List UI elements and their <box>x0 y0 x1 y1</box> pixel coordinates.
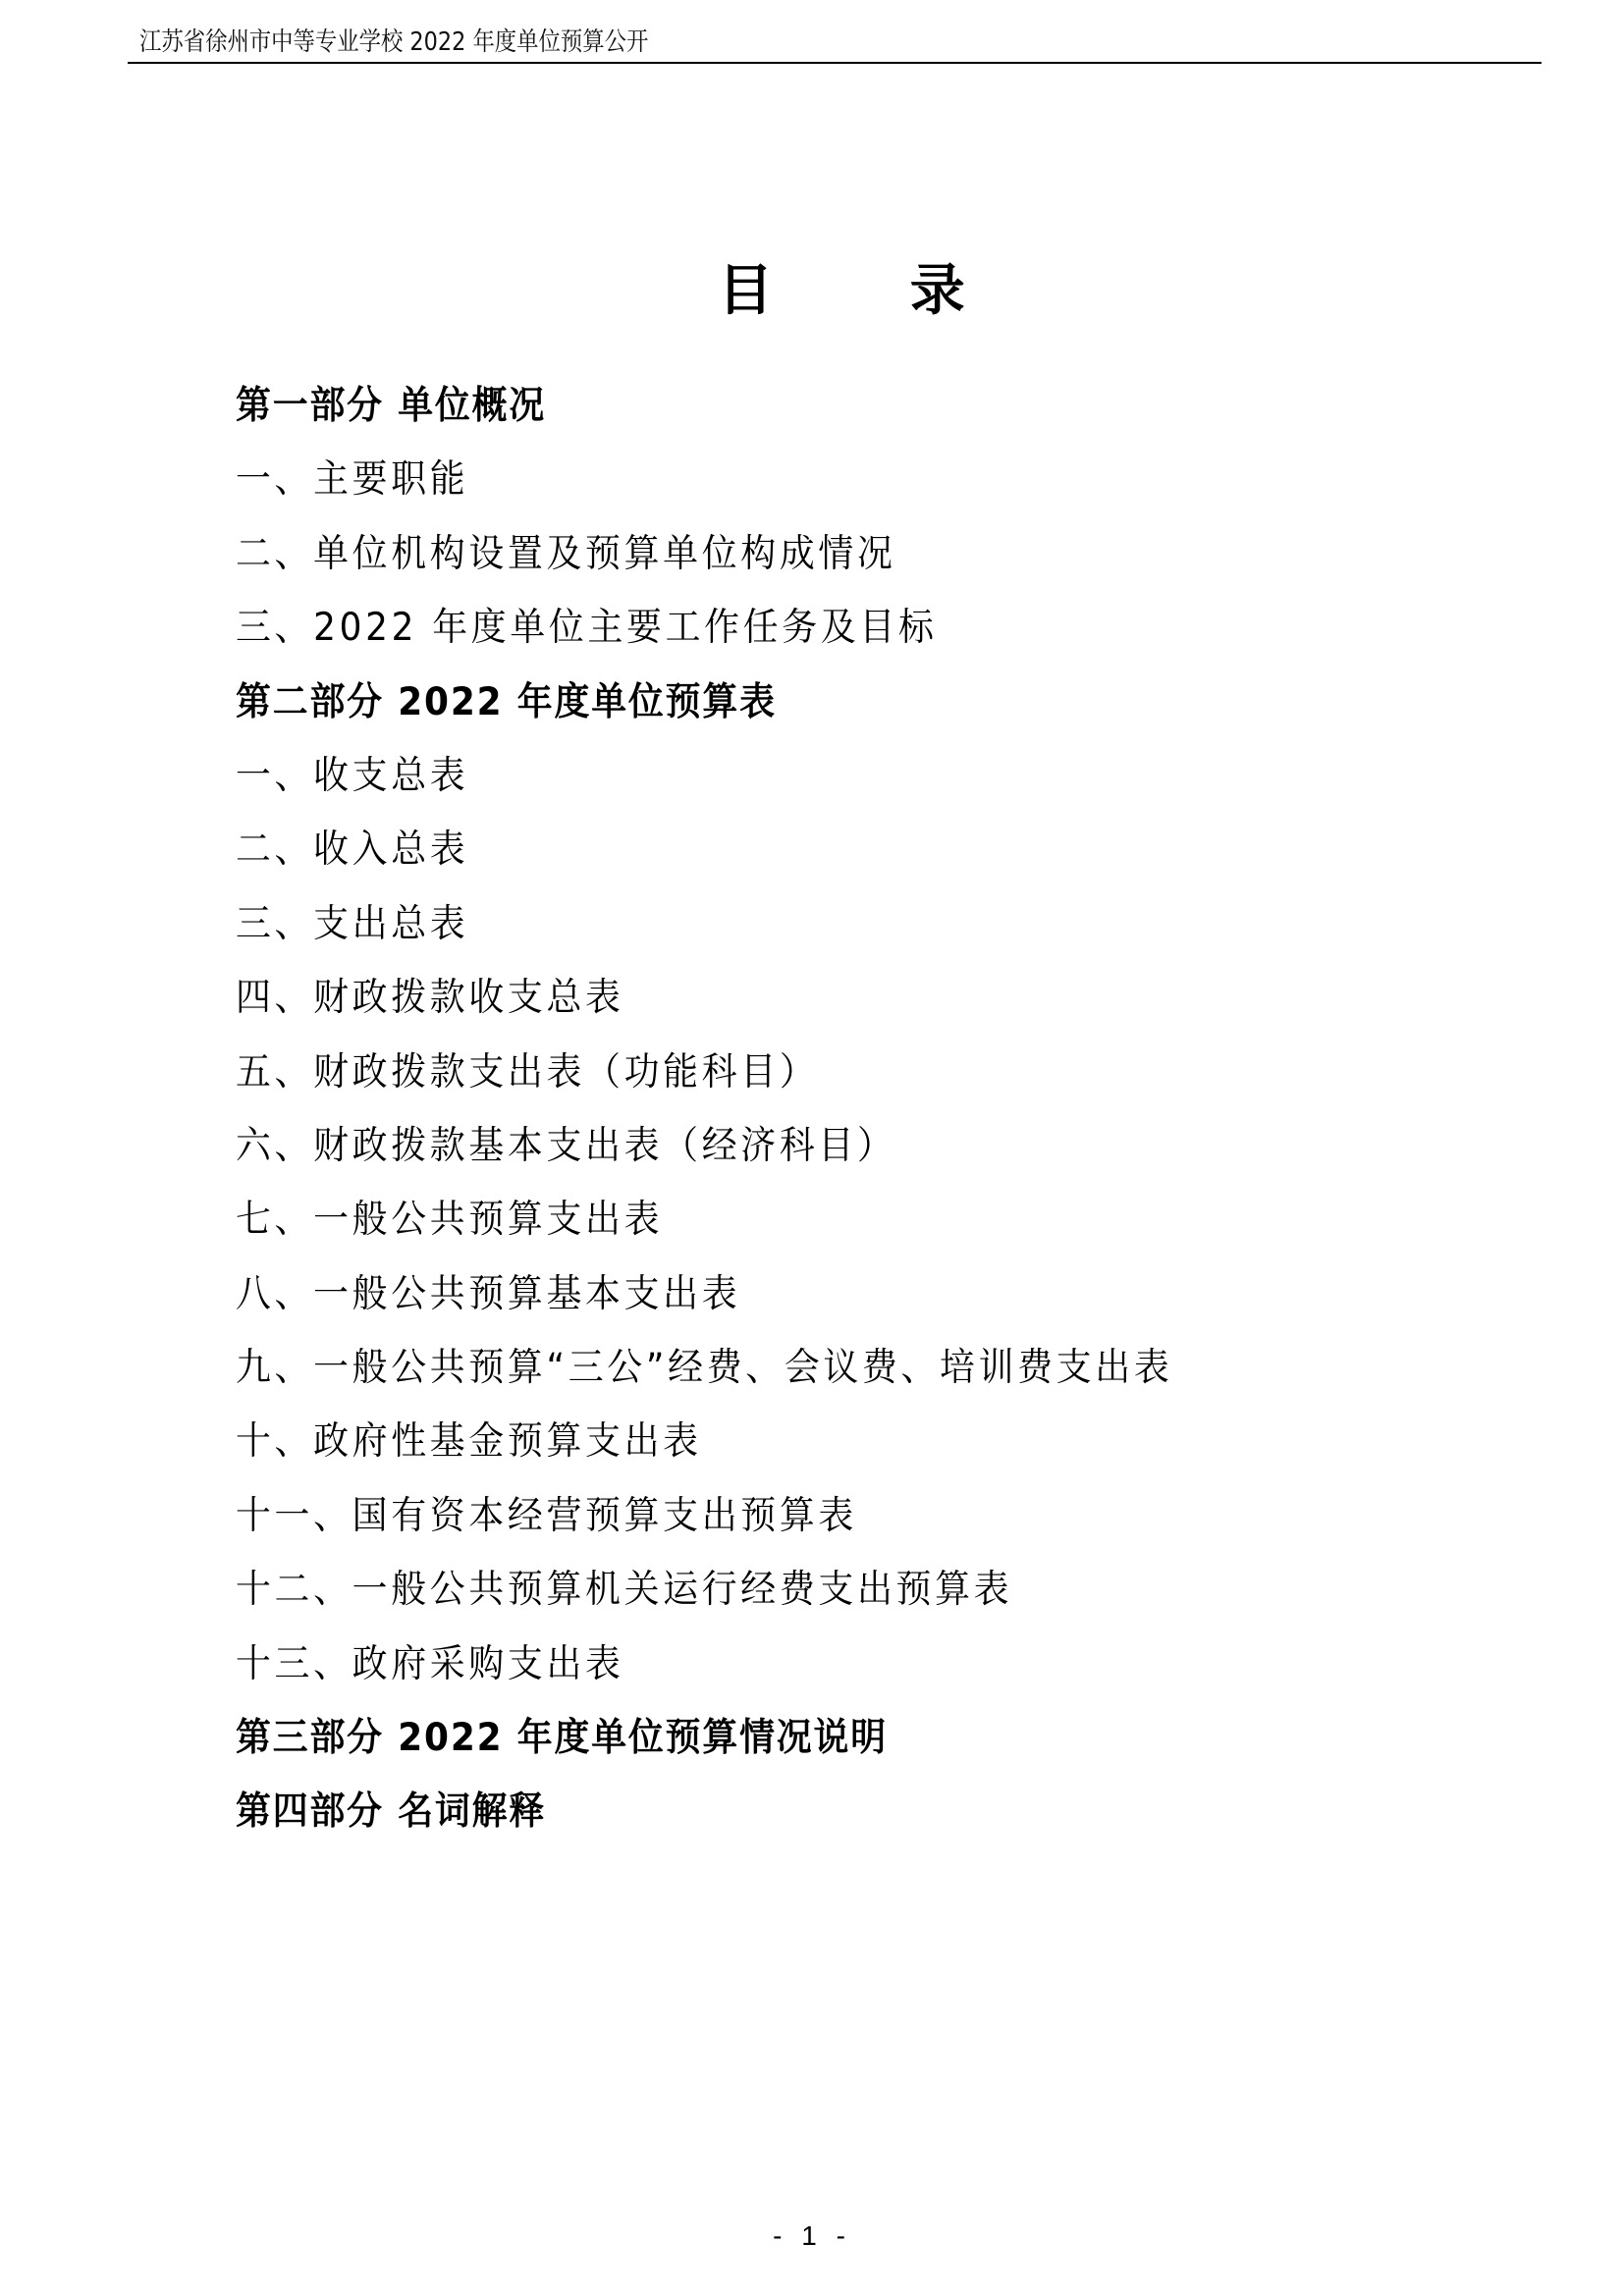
toc-item-fiscal-basic-expenditure-economic[interactable]: 六、财政拨款基本支出表（经济科目） <box>236 1109 1172 1183</box>
toc-item-general-public-budget-expenditure[interactable]: 七、一般公共预算支出表 <box>236 1183 1172 1256</box>
toc-part-2[interactable]: 第二部分 2022 年度单位预算表 <box>236 666 1172 739</box>
table-of-contents: 第一部分 单位概况 一、主要职能 二、单位机构设置及预算单位构成情况 三、202… <box>236 369 1254 1849</box>
toc-item-income-summary[interactable]: 二、收入总表 <box>236 813 1172 886</box>
toc-item-work-tasks-goals[interactable]: 三、2022 年度单位主要工作任务及目标 <box>236 591 1172 665</box>
page-number: - 1 - <box>0 2220 1624 2252</box>
toc-item-income-expenditure-summary[interactable]: 一、收支总表 <box>236 739 1172 813</box>
toc-item-three-public-expenses[interactable]: 九、一般公共预算“三公”经费、会议费、培训费支出表 <box>236 1331 1172 1405</box>
toc-part-4[interactable]: 第四部分 名词解释 <box>236 1775 1172 1848</box>
toc-item-expenditure-summary[interactable]: 三、支出总表 <box>236 887 1172 961</box>
toc-part-3[interactable]: 第三部分 2022 年度单位预算情况说明 <box>236 1701 1172 1775</box>
toc-title: 目 录 <box>0 247 1624 326</box>
toc-item-agency-operating-expenses[interactable]: 十二、一般公共预算机关运行经费支出预算表 <box>236 1553 1172 1627</box>
toc-item-general-public-budget-basic-expenditure[interactable]: 八、一般公共预算基本支出表 <box>236 1257 1172 1331</box>
toc-item-government-procurement[interactable]: 十三、政府采购支出表 <box>236 1628 1172 1701</box>
toc-item-fiscal-appropriation-summary[interactable]: 四、财政拨款收支总表 <box>236 961 1172 1035</box>
toc-item-main-functions[interactable]: 一、主要职能 <box>236 443 1172 516</box>
toc-part-1[interactable]: 第一部分 单位概况 <box>236 369 1172 443</box>
toc-item-fiscal-expenditure-functional[interactable]: 五、财政拨款支出表（功能科目） <box>236 1036 1172 1109</box>
running-header-title: 江苏省徐州市中等专业学校 2022 年度单位预算公开 <box>139 22 648 58</box>
header-divider <box>128 62 1542 64</box>
toc-item-state-capital-budget[interactable]: 十一、国有资本经营预算支出预算表 <box>236 1479 1172 1553</box>
toc-item-organization-structure[interactable]: 二、单位机构设置及预算单位构成情况 <box>236 517 1172 591</box>
toc-item-government-fund-budget[interactable]: 十、政府性基金预算支出表 <box>236 1405 1172 1478</box>
